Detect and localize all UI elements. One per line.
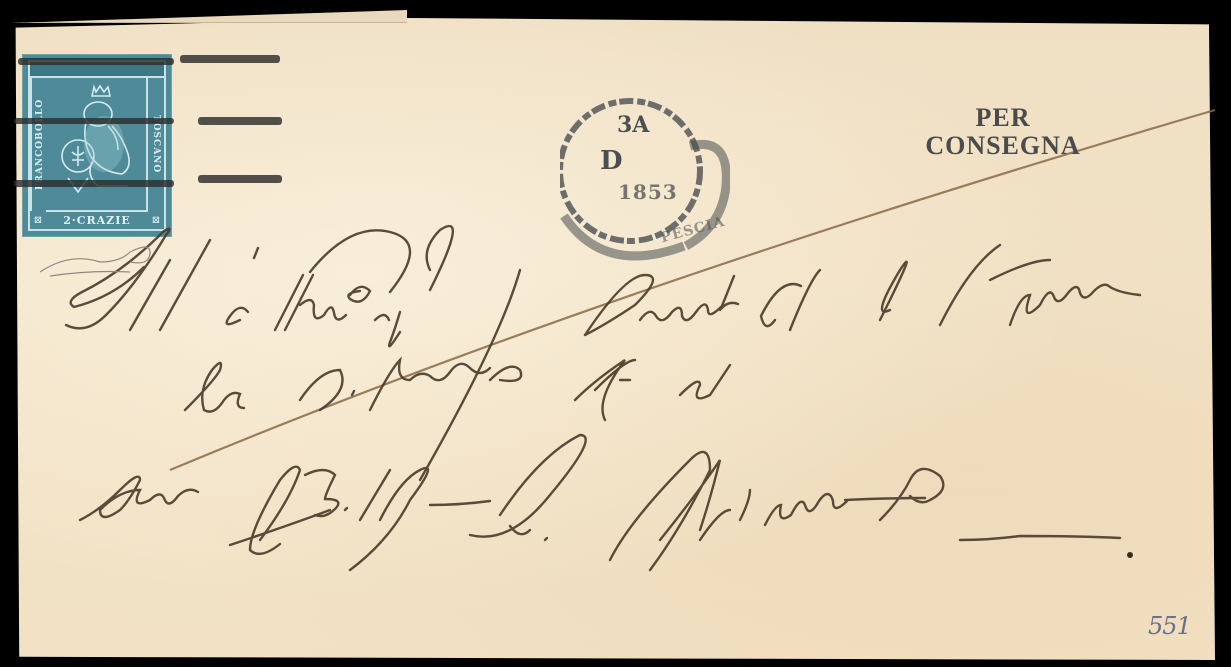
- pencil-notation: 551: [1148, 612, 1191, 640]
- postmark-month: D: [600, 146, 623, 176]
- ink-dot: [1127, 552, 1133, 558]
- postmark-year: 1853: [618, 180, 678, 204]
- postmark-datestamp: [560, 76, 730, 266]
- per-consegna-handstamp: PER CONSEGNA: [878, 104, 1128, 160]
- handstamp-line-1: PER: [878, 104, 1128, 132]
- postmark-day: 3A: [617, 112, 649, 138]
- handstamp-line-2: CONSEGNA: [878, 132, 1128, 160]
